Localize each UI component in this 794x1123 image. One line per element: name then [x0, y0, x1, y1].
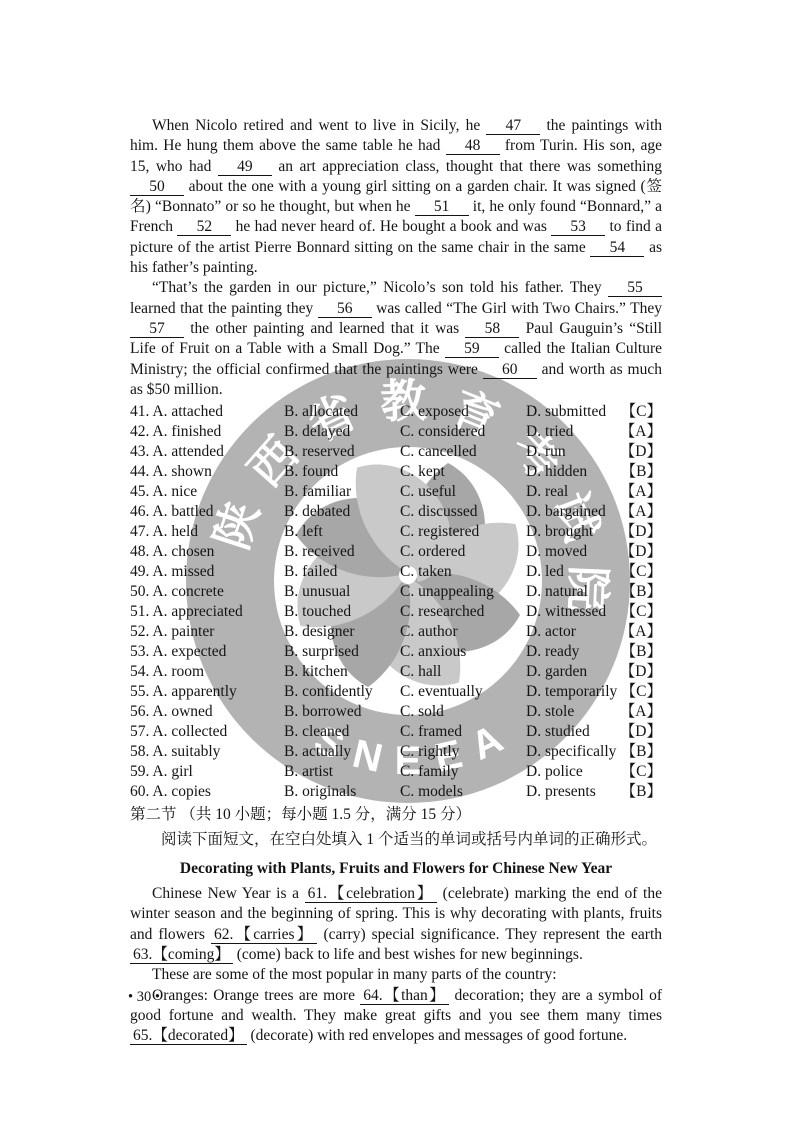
- option-row: 41. A. attachedB. allocatedC. exposedD. …: [130, 402, 662, 422]
- cloze-blank-60: 60: [483, 362, 537, 379]
- option-cell: D. tried: [526, 422, 618, 442]
- answer-badge: 【C】: [618, 762, 662, 782]
- option-cell: C. cancelled: [400, 442, 526, 462]
- option-cell: 60. A. copies: [130, 782, 284, 802]
- option-cell: D. stole: [526, 702, 618, 722]
- cloze-blank-53: 53: [551, 219, 605, 236]
- option-cell: 45. A. nice: [130, 482, 284, 502]
- option-cell: D. garden: [526, 662, 618, 682]
- filled-answer: 64.【than】: [360, 987, 449, 1005]
- option-row: 59. A. girlB. artistC. familyD. police【C…: [130, 762, 662, 782]
- cloze-blank-47: 47: [486, 118, 540, 135]
- options-table: 41. A. attachedB. allocatedC. exposedD. …: [130, 402, 662, 802]
- cloze-blank-58: 58: [465, 321, 519, 338]
- option-cell: D. presents: [526, 782, 618, 802]
- option-cell: D. moved: [526, 542, 618, 562]
- option-cell: B. failed: [284, 562, 400, 582]
- answer-badge: 【A】: [618, 422, 662, 442]
- answer-badge: 【B】: [618, 642, 662, 662]
- option-cell: D. real: [526, 482, 618, 502]
- option-cell: D. specifically: [526, 742, 618, 762]
- option-cell: B. familiar: [284, 482, 400, 502]
- paragraph: Oranges: Orange trees are more 64.【than】…: [130, 986, 662, 1047]
- page-number: • 30 •: [128, 989, 160, 1006]
- option-row: 48. A. chosenB. receivedC. orderedD. mov…: [130, 542, 662, 562]
- filled-answer: 62.【carries】: [211, 926, 317, 944]
- answer-badge: 【D】: [618, 662, 662, 682]
- option-row: 58. A. suitablyB. actuallyC. rightlyD. s…: [130, 742, 662, 762]
- option-row: 49. A. missedB. failedC. takenD. led【C】: [130, 562, 662, 582]
- option-cell: D. police: [526, 762, 618, 782]
- cloze-blank-50: 50: [130, 179, 184, 196]
- option-row: 54. A. roomB. kitchenC. hallD. garden【D】: [130, 662, 662, 682]
- option-cell: 44. A. shown: [130, 462, 284, 482]
- passage-title: Decorating with Plants, Fruits and Flowe…: [130, 858, 662, 880]
- answer-badge: 【A】: [618, 502, 662, 522]
- section2-passage: Chinese New Year is a 61.【celebration】 (…: [130, 884, 662, 1046]
- option-cell: B. surprised: [284, 642, 400, 662]
- option-cell: B. borrowed: [284, 702, 400, 722]
- option-cell: C. framed: [400, 722, 526, 742]
- option-cell: 50. A. concrete: [130, 582, 284, 602]
- option-cell: B. artist: [284, 762, 400, 782]
- paragraph: Chinese New Year is a 61.【celebration】 (…: [130, 884, 662, 965]
- option-cell: C. anxious: [400, 642, 526, 662]
- option-cell: C. kept: [400, 462, 526, 482]
- option-cell: C. author: [400, 622, 526, 642]
- option-cell: D. run: [526, 442, 618, 462]
- answer-badge: 【A】: [618, 702, 662, 722]
- section2-instruction: 阅读下面短文，在空白处填入 1 个适当的单词或括号内单词的正确形式。: [130, 827, 662, 852]
- option-cell: C. exposed: [400, 402, 526, 422]
- answer-badge: 【C】: [618, 402, 662, 422]
- option-cell: D. ready: [526, 642, 618, 662]
- cloze-blank-52: 52: [177, 219, 231, 236]
- option-cell: 46. A. battled: [130, 502, 284, 522]
- cloze-passage: When Nicolo retired and went to live in …: [130, 116, 662, 400]
- option-cell: B. cleaned: [284, 722, 400, 742]
- option-cell: C. eventually: [400, 682, 526, 702]
- answer-badge: 【B】: [618, 582, 662, 602]
- answer-badge: 【C】: [618, 602, 662, 622]
- option-cell: 43. A. attended: [130, 442, 284, 462]
- option-cell: D. submitted: [526, 402, 618, 422]
- option-cell: C. taken: [400, 562, 526, 582]
- option-row: 42. A. finishedB. delayedC. consideredD.…: [130, 422, 662, 442]
- option-cell: 51. A. appreciated: [130, 602, 284, 622]
- answer-badge: 【A】: [618, 482, 662, 502]
- option-cell: C. considered: [400, 422, 526, 442]
- option-cell: B. found: [284, 462, 400, 482]
- answer-badge: 【C】: [618, 682, 662, 702]
- option-cell: D. bargained: [526, 502, 618, 522]
- option-cell: B. touched: [284, 602, 400, 622]
- answer-badge: 【D】: [618, 442, 662, 462]
- option-cell: C. models: [400, 782, 526, 802]
- answer-badge: 【B】: [618, 462, 662, 482]
- option-cell: 52. A. painter: [130, 622, 284, 642]
- section2-heading: 第二节 （共 10 小题；每小题 1.5 分，满分 15 分）: [130, 802, 662, 827]
- option-row: 56. A. ownedB. borrowedC. soldD. stole【A…: [130, 702, 662, 722]
- exam-page: 陕西省教育考试院SNEEA When Nicolo retired and we…: [0, 0, 794, 1123]
- answer-badge: 【A】: [618, 622, 662, 642]
- option-row: 51. A. appreciatedB. touchedC. researche…: [130, 602, 662, 622]
- option-cell: B. debated: [284, 502, 400, 522]
- option-row: 44. A. shownB. foundC. keptD. hidden【B】: [130, 462, 662, 482]
- option-cell: D. witnessed: [526, 602, 618, 622]
- option-row: 46. A. battledB. debatedC. discussedD. b…: [130, 502, 662, 522]
- option-cell: 54. A. room: [130, 662, 284, 682]
- option-cell: 53. A. expected: [130, 642, 284, 662]
- option-row: 57. A. collectedB. cleanedC. framedD. st…: [130, 722, 662, 742]
- answer-badge: 【D】: [618, 542, 662, 562]
- option-row: 43. A. attendedB. reservedC. cancelledD.…: [130, 442, 662, 462]
- answer-badge: 【C】: [618, 562, 662, 582]
- filled-answer: 63.【coming】: [130, 946, 233, 964]
- cloze-blank-49: 49: [218, 159, 272, 176]
- option-cell: C. family: [400, 762, 526, 782]
- option-cell: D. natural: [526, 582, 618, 602]
- option-cell: B. kitchen: [284, 662, 400, 682]
- option-cell: B. received: [284, 542, 400, 562]
- option-cell: 41. A. attached: [130, 402, 284, 422]
- answer-badge: 【B】: [618, 782, 662, 802]
- filled-answer: 61.【celebration】: [305, 885, 437, 903]
- answer-badge: 【D】: [618, 522, 662, 542]
- option-cell: 55. A. apparently: [130, 682, 284, 702]
- cloze-blank-48: 48: [446, 138, 500, 155]
- option-cell: C. sold: [400, 702, 526, 722]
- option-cell: C. useful: [400, 482, 526, 502]
- cloze-blank-59: 59: [445, 341, 499, 358]
- option-cell: C. unappealing: [400, 582, 526, 602]
- option-row: 50. A. concreteB. unusualC. unappealingD…: [130, 582, 662, 602]
- option-row: 55. A. apparentlyB. confidentlyC. eventu…: [130, 682, 662, 702]
- option-cell: B. left: [284, 522, 400, 542]
- option-cell: D. hidden: [526, 462, 618, 482]
- page-content: When Nicolo retired and went to live in …: [130, 116, 662, 1047]
- cloze-blank-56: 56: [318, 301, 372, 318]
- option-cell: 59. A. girl: [130, 762, 284, 782]
- paragraph: These are some of the most popular in ma…: [130, 965, 662, 985]
- answer-badge: 【D】: [618, 722, 662, 742]
- filled-answer: 65.【decorated】: [130, 1027, 247, 1045]
- option-cell: C. rightly: [400, 742, 526, 762]
- option-cell: C. researched: [400, 602, 526, 622]
- option-row: 53. A. expectedB. surprisedC. anxiousD. …: [130, 642, 662, 662]
- option-cell: B. delayed: [284, 422, 400, 442]
- option-cell: 58. A. suitably: [130, 742, 284, 762]
- cloze-blank-55: 55: [608, 280, 662, 297]
- option-cell: D. led: [526, 562, 618, 582]
- option-row: 52. A. painterB. designerC. authorD. act…: [130, 622, 662, 642]
- option-cell: 48. A. chosen: [130, 542, 284, 562]
- option-cell: B. confidently: [284, 682, 400, 702]
- option-row: 45. A. niceB. familiarC. usefulD. real【A…: [130, 482, 662, 502]
- option-cell: D. studied: [526, 722, 618, 742]
- option-cell: D. brought: [526, 522, 618, 542]
- option-cell: C. discussed: [400, 502, 526, 522]
- option-cell: 42. A. finished: [130, 422, 284, 442]
- option-cell: D. temporarily: [526, 682, 618, 702]
- option-cell: B. unusual: [284, 582, 400, 602]
- paragraph: “That’s the garden in our picture,” Nico…: [130, 278, 662, 400]
- cloze-blank-57: 57: [130, 321, 184, 338]
- option-cell: 56. A. owned: [130, 702, 284, 722]
- option-cell: D. actor: [526, 622, 618, 642]
- option-cell: B. actually: [284, 742, 400, 762]
- option-row: 60. A. copiesB. originalsC. modelsD. pre…: [130, 782, 662, 802]
- option-cell: B. originals: [284, 782, 400, 802]
- option-cell: C. hall: [400, 662, 526, 682]
- cloze-blank-51: 51: [415, 199, 469, 216]
- paragraph: When Nicolo retired and went to live in …: [130, 116, 662, 278]
- option-cell: C. ordered: [400, 542, 526, 562]
- option-cell: B. designer: [284, 622, 400, 642]
- option-row: 47. A. heldB. leftC. registeredD. brough…: [130, 522, 662, 542]
- option-cell: 49. A. missed: [130, 562, 284, 582]
- option-cell: B. reserved: [284, 442, 400, 462]
- option-cell: 57. A. collected: [130, 722, 284, 742]
- cloze-blank-54: 54: [590, 240, 644, 257]
- option-cell: 47. A. held: [130, 522, 284, 542]
- option-cell: B. allocated: [284, 402, 400, 422]
- option-cell: C. registered: [400, 522, 526, 542]
- answer-badge: 【B】: [618, 742, 662, 762]
